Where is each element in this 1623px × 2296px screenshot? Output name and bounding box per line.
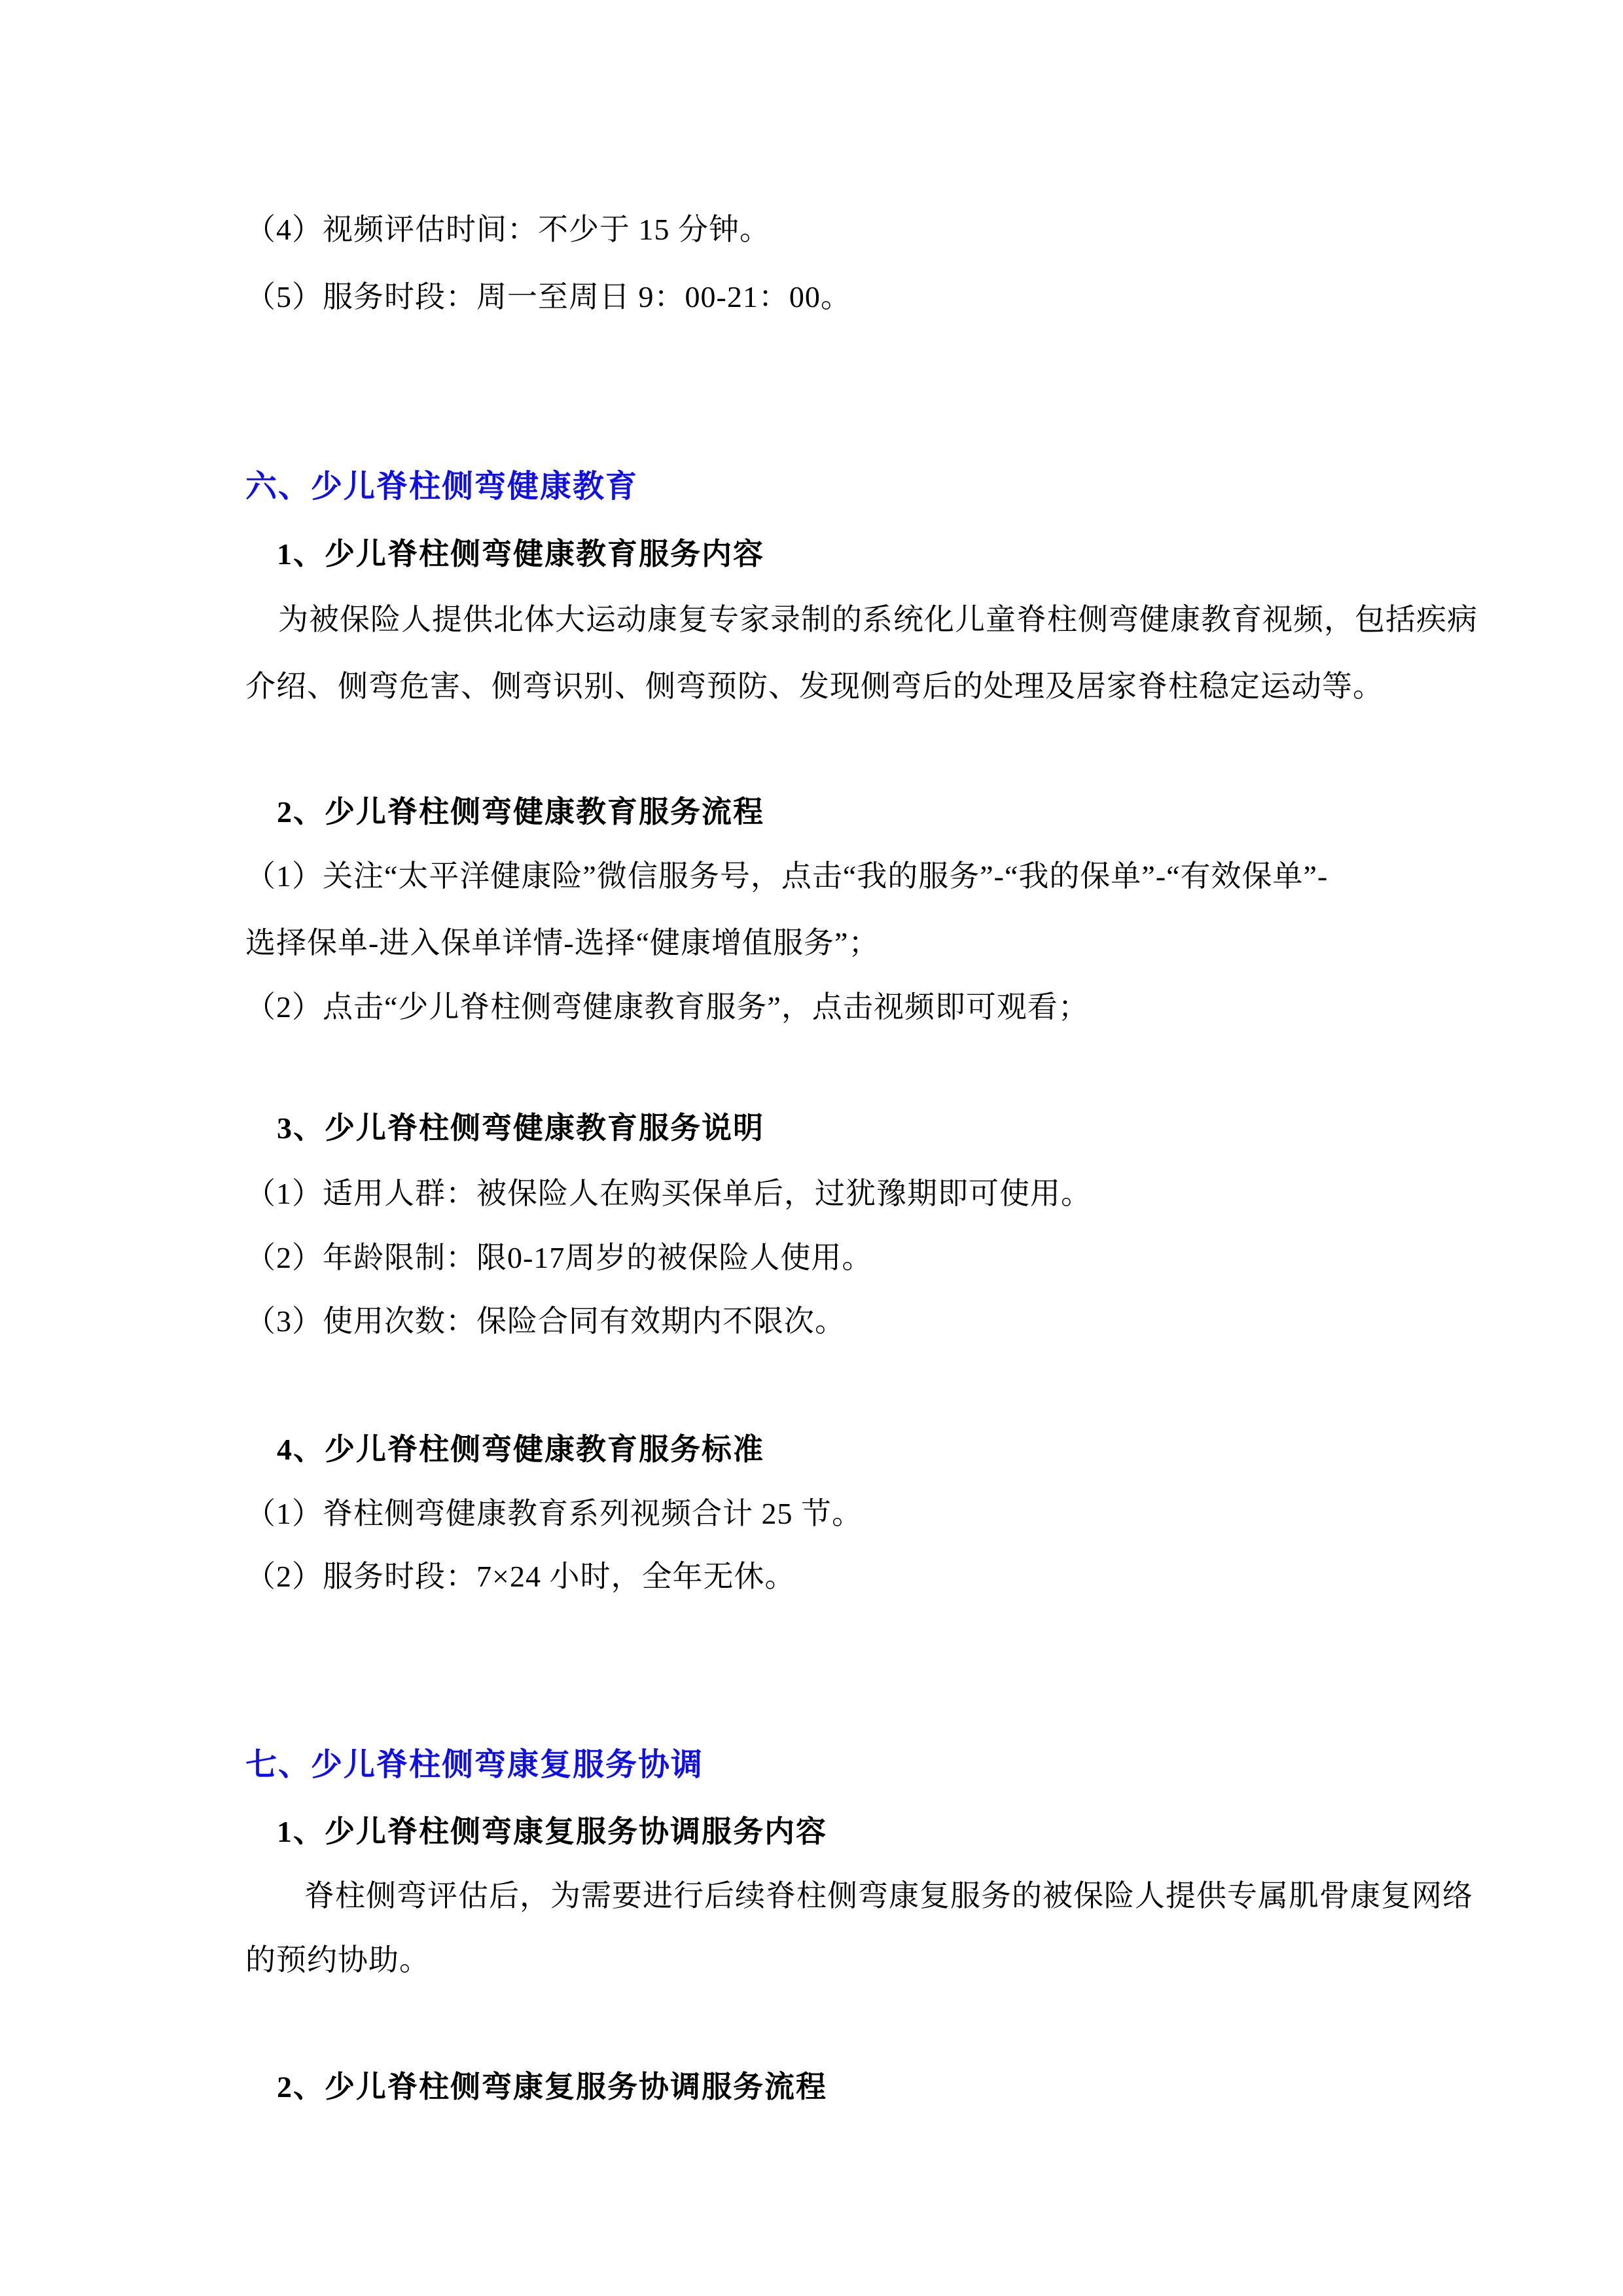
paragraph-line: 为被保险人提供北体大运动康复专家录制的系统化儿童脊柱侧弯健康教育视频，包括疾病: [278, 601, 1478, 639]
subheading-6-3-service-notes: 3、少儿脊柱侧弯健康教育服务说明: [277, 1109, 764, 1147]
list-item-applicable-people: （1）适用人群：被保险人在购买保单后，过犹豫期即可使用。: [245, 1175, 1092, 1213]
subheading-6-4-service-standard: 4、少儿脊柱侧弯健康教育服务标准: [277, 1431, 764, 1469]
list-item-usage-count: （3）使用次数：保险合同有效期内不限次。: [245, 1302, 846, 1340]
paragraph-line: 的预约协助。: [245, 1941, 430, 1979]
subheading-7-1-service-content: 1、少儿脊柱侧弯康复服务协调服务内容: [277, 1813, 827, 1851]
paragraph-line: 脊柱侧弯评估后，为需要进行后续脊柱侧弯康复服务的被保险人提供专属肌骨康复网络: [304, 1877, 1473, 1915]
list-item-service-hours-724: （2）服务时段：7×24 小时，全年无休。: [245, 1558, 795, 1596]
list-item-age-limit: （2）年龄限制：限0-17周岁的被保险人使用。: [245, 1239, 872, 1277]
list-item-step-1: （1）关注“太平洋健康险”微信服务号，点击“我的服务”-“我的保单”-“有效保单…: [245, 857, 1328, 895]
subheading-6-2-service-process: 2、少儿脊柱侧弯健康教育服务流程: [277, 793, 764, 831]
list-item-step-2: （2）点击“少儿脊柱侧弯健康教育服务”，点击视频即可观看；: [245, 988, 1089, 1026]
list-item-video-duration: （4）视频评估时间：不少于 15 分钟。: [245, 211, 770, 249]
document-page: （4）视频评估时间：不少于 15 分钟。 （5）服务时段：周一至周日 9：00-…: [0, 0, 1623, 2296]
subheading-6-1-service-content: 1、少儿脊柱侧弯健康教育服务内容: [277, 535, 764, 573]
list-item-service-hours: （5）服务时段：周一至周日 9：00-21：00。: [245, 278, 851, 316]
paragraph-line: 介绍、侧弯危害、侧弯识别、侧弯预防、发现侧弯后的处理及居家脊柱稳定运动等。: [245, 668, 1383, 706]
subheading-7-2-service-process: 2、少儿脊柱侧弯康复服务协调服务流程: [277, 2068, 827, 2106]
section-heading-seven: 七、少儿脊柱侧弯康复服务协调: [245, 1746, 704, 1784]
list-item-video-count: （1）脊柱侧弯健康教育系列视频合计 25 节。: [245, 1495, 863, 1533]
list-item-step-1-continued: 选择保单-进入保单详情-选择“健康增值服务”；: [245, 924, 879, 962]
section-heading-six: 六、少儿脊柱侧弯健康教育: [245, 468, 638, 506]
